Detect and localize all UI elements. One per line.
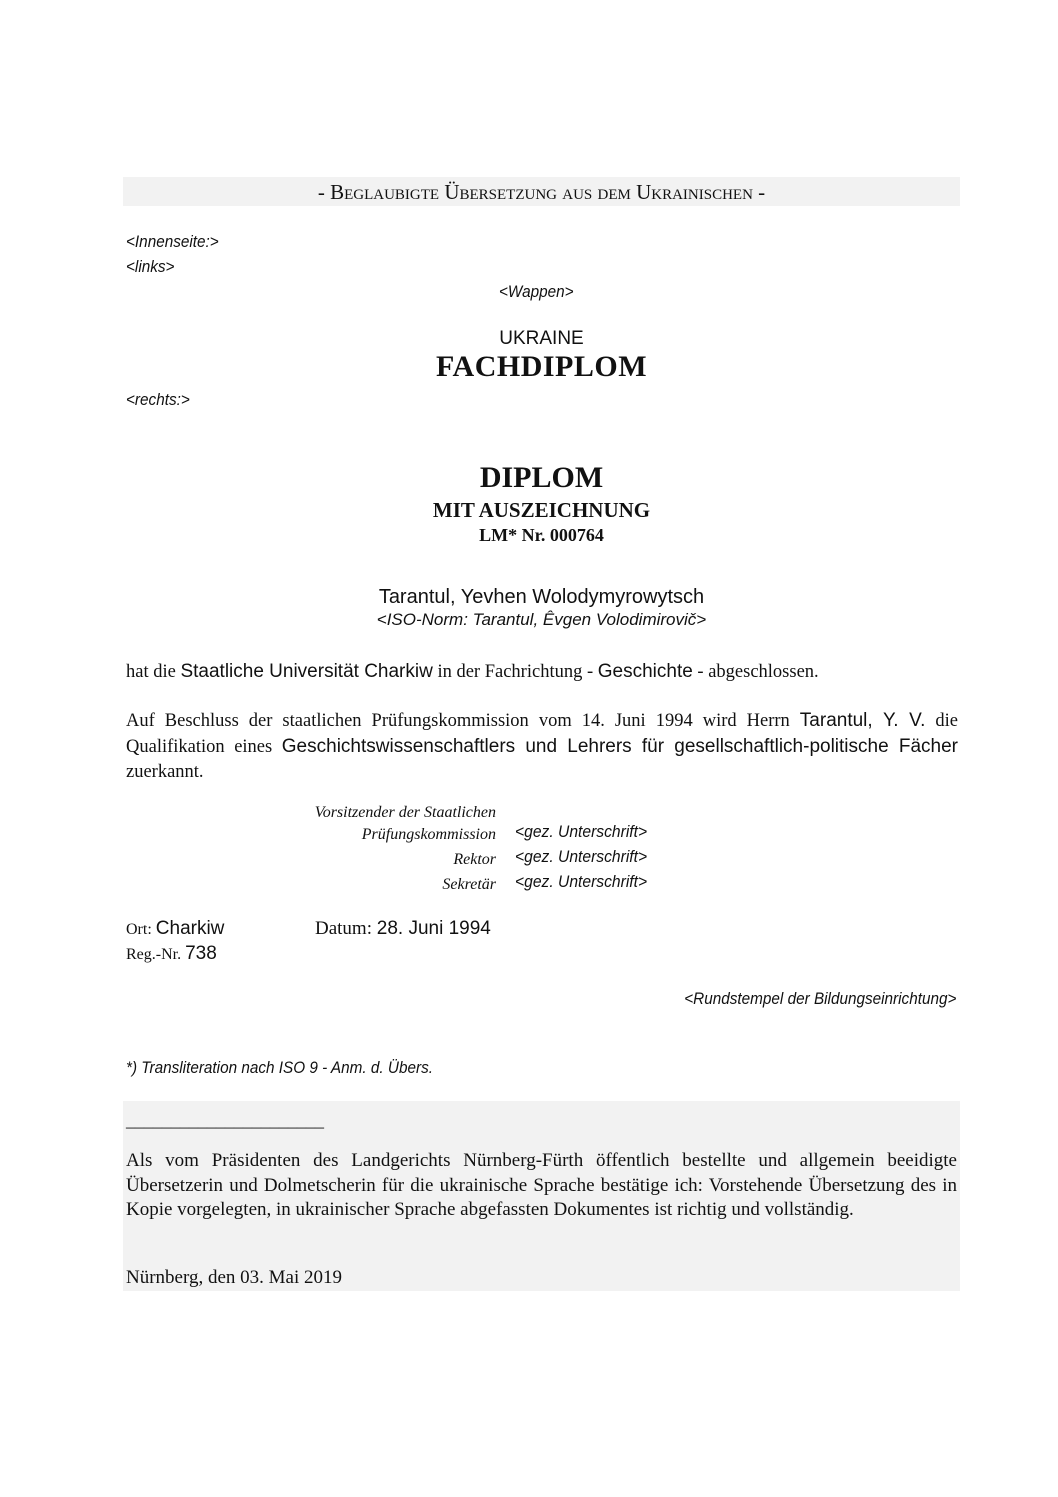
subject-name: Geschichte — [598, 661, 693, 682]
completion-mid: in der Fachrichtung - — [433, 662, 598, 682]
country-label: UKRAINE — [123, 328, 960, 350]
university-name: Staatliche Universität Charkiw — [180, 661, 432, 682]
header-title: Beglaubigte Übersetzung aus dem Ukrainis… — [330, 180, 753, 204]
diplom-number: LM* Nr. 000764 — [123, 525, 960, 546]
award-paragraph: Auf Beschluss der staatlichen Prüfungsko… — [126, 708, 958, 785]
place-field: Ort: Charkiw — [126, 918, 224, 940]
reg-value: 738 — [185, 943, 217, 964]
signature-label-chair-line2: Prüfungskommission — [276, 826, 496, 844]
footnote: *) Transliteration nach ISO 9 - Anm. d. … — [126, 1058, 433, 1078]
certification-text: Als vom Präsidenten des Landgerichts Nür… — [126, 1149, 957, 1223]
holder-name: Tarantul, Yevhen Wolodymyrowytsch — [123, 586, 960, 609]
signature-label-rector: Rektor — [276, 851, 496, 869]
reg-label: Reg.-Nr. — [126, 946, 185, 963]
certification-place-date: Nürnberg, den 03. Mai 2019 — [126, 1267, 342, 1289]
diplom-subtitle: MIT AUSZEICHNUNG — [123, 498, 960, 523]
award-recipient: Tarantul, Y. V. — [800, 710, 926, 731]
note-right: <rechts:> — [126, 390, 190, 410]
signature-secretary: <gez. Unterschrift> — [515, 872, 647, 892]
place-value: Charkiw — [156, 918, 225, 939]
note-left: <links> — [126, 257, 174, 277]
note-inner-page: <Innenseite:> — [126, 232, 219, 252]
header-suffix: - — [753, 180, 765, 204]
place-label: Ort: — [126, 921, 156, 938]
completion-paragraph: hat die Staatliche Universität Charkiw i… — [126, 659, 958, 685]
signature-label-secretary: Sekretär — [276, 876, 496, 894]
diplom-title: DIPLOM — [123, 461, 960, 495]
header-prefix: - — [318, 180, 330, 204]
certification-divider: ______________________ — [126, 1110, 324, 1131]
translation-header: - Beglaubigte Übersetzung aus dem Ukrain… — [123, 177, 960, 206]
completion-suffix: - abgeschlossen. — [693, 662, 819, 682]
signature-label-chair-line1: Vorsitzender der Staatlichen — [276, 804, 496, 822]
date-value: 28. Juni 1994 — [377, 918, 491, 939]
signature-rector: <gez. Unterschrift> — [515, 847, 647, 867]
note-coat-of-arms: <Wappen> — [499, 282, 574, 302]
stamp-note: <Rundstempel der Bildungseinrichtung> — [684, 989, 956, 1009]
award-prefix: Auf Beschluss der staatlichen Prüfungsko… — [126, 711, 800, 731]
date-field: Datum: 28. Juni 1994 — [315, 918, 491, 940]
fachdiplom-title: FACHDIPLOM — [123, 350, 960, 384]
qualification: Geschichtswissenschaftlers und Lehrers f… — [282, 736, 958, 757]
signature-chair: <gez. Unterschrift> — [515, 822, 647, 842]
reg-field: Reg.-Nr. 738 — [126, 943, 217, 965]
date-label: Datum: — [315, 918, 377, 939]
award-suffix: zuerkannt. — [126, 762, 204, 782]
holder-iso-name: <ISO-Norm: Tarantul, Êvgen Volodimirovič… — [123, 610, 960, 630]
completion-prefix: hat die — [126, 662, 180, 682]
